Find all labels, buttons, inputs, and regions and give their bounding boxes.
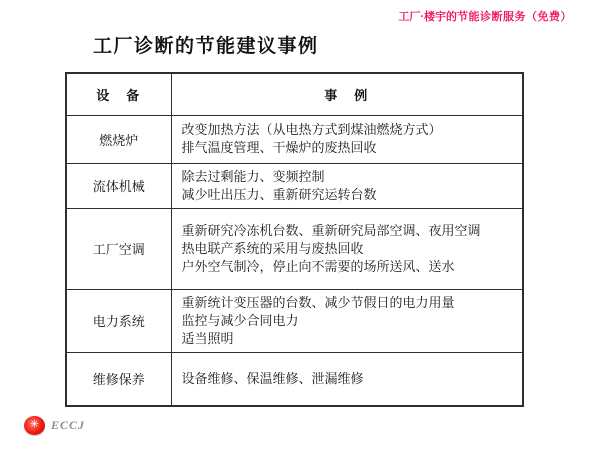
equipment-cell: 维修保养: [66, 352, 171, 406]
example-line: 适当照明: [182, 330, 515, 348]
equipment-cell: 工厂空调: [66, 208, 171, 289]
col-header-examples: 事 例: [171, 73, 523, 115]
example-line: 重新统计变压器的台数、减少节假日的电力用量: [182, 294, 515, 312]
examples-cell: 重新研究冷冻机台数、重新研究局部空调、夜用空调 热电联产系统的采用与废热回收 户…: [171, 208, 523, 289]
table-row-factory-hvac: 工厂空调 重新研究冷冻机台数、重新研究局部空调、夜用空调 热电联产系统的采用与废…: [66, 208, 523, 289]
eccj-logo-text: ECCJ: [51, 418, 85, 433]
col-header-equipment: 设 备: [66, 73, 171, 115]
equipment-cell: 流体机械: [66, 163, 171, 208]
equipment-cell: 电力系统: [66, 289, 171, 352]
slide: 工厂·楼宇的节能诊断服务（免费） 工厂诊断的节能建议事例 设 备 事 例 燃烧炉…: [0, 0, 600, 451]
example-line: 改变加热方法（从电热方式到煤油燃烧方式）: [182, 121, 515, 139]
example-line: 监控与减少合同电力: [182, 312, 515, 330]
example-line: 热电联产系统的采用与废热回收: [182, 240, 515, 258]
example-line: 设备维修、保温维修、泄漏维修: [182, 370, 515, 388]
table-row-combustion-furnace: 燃烧炉 改变加热方法（从电热方式到煤油燃烧方式） 排气温度管理、干燥炉的废热回收: [66, 115, 523, 163]
service-banner-prefix: 工厂·楼宇的: [398, 11, 457, 23]
table-header-row: 设 备 事 例: [66, 73, 523, 115]
example-line: 重新研究冷冻机台数、重新研究局部空调、夜用空调: [182, 222, 515, 240]
equipment-cell: 燃烧炉: [66, 115, 171, 163]
example-line: 户外空气制冷，停止向不需要的场所送风、送水: [182, 258, 515, 276]
service-banner-emphasis: 节能诊断服务（免费）: [457, 11, 572, 23]
examples-cell: 除去过剩能力、变频控制 减少吐出压力、重新研究运转台数: [171, 163, 523, 208]
examples-cell: 重新统计变压器的台数、减少节假日的电力用量 监控与减少合同电力 适当照明: [171, 289, 523, 352]
examples-cell: 改变加热方法（从电热方式到煤油燃烧方式） 排气温度管理、干燥炉的废热回收: [171, 115, 523, 163]
eccj-starburst-icon: ✳: [24, 416, 45, 435]
example-line: 排气温度管理、干燥炉的废热回收: [182, 139, 515, 157]
table-row-fluid-machinery: 流体机械 除去过剩能力、变频控制 减少吐出压力、重新研究运转台数: [66, 163, 523, 208]
table-row-maintenance: 维修保养 设备维修、保温维修、泄漏维修: [66, 352, 523, 406]
starburst-glyph: ✳: [30, 420, 39, 431]
example-line: 除去过剩能力、变频控制: [182, 168, 515, 186]
page-title: 工厂诊断的节能建议事例: [93, 31, 319, 58]
example-line: 减少吐出压力、重新研究运转台数: [182, 186, 515, 204]
eccj-logo: ✳ ECCJ: [24, 416, 85, 435]
table-row-power-system: 电力系统 重新统计变压器的台数、减少节假日的电力用量 监控与减少合同电力 适当照…: [66, 289, 523, 352]
recommendations-table: 设 备 事 例 燃烧炉 改变加热方法（从电热方式到煤油燃烧方式） 排气温度管理、…: [65, 72, 524, 407]
examples-cell: 设备维修、保温维修、泄漏维修: [171, 352, 523, 406]
service-banner: 工厂·楼宇的节能诊断服务（免费）: [398, 8, 572, 24]
